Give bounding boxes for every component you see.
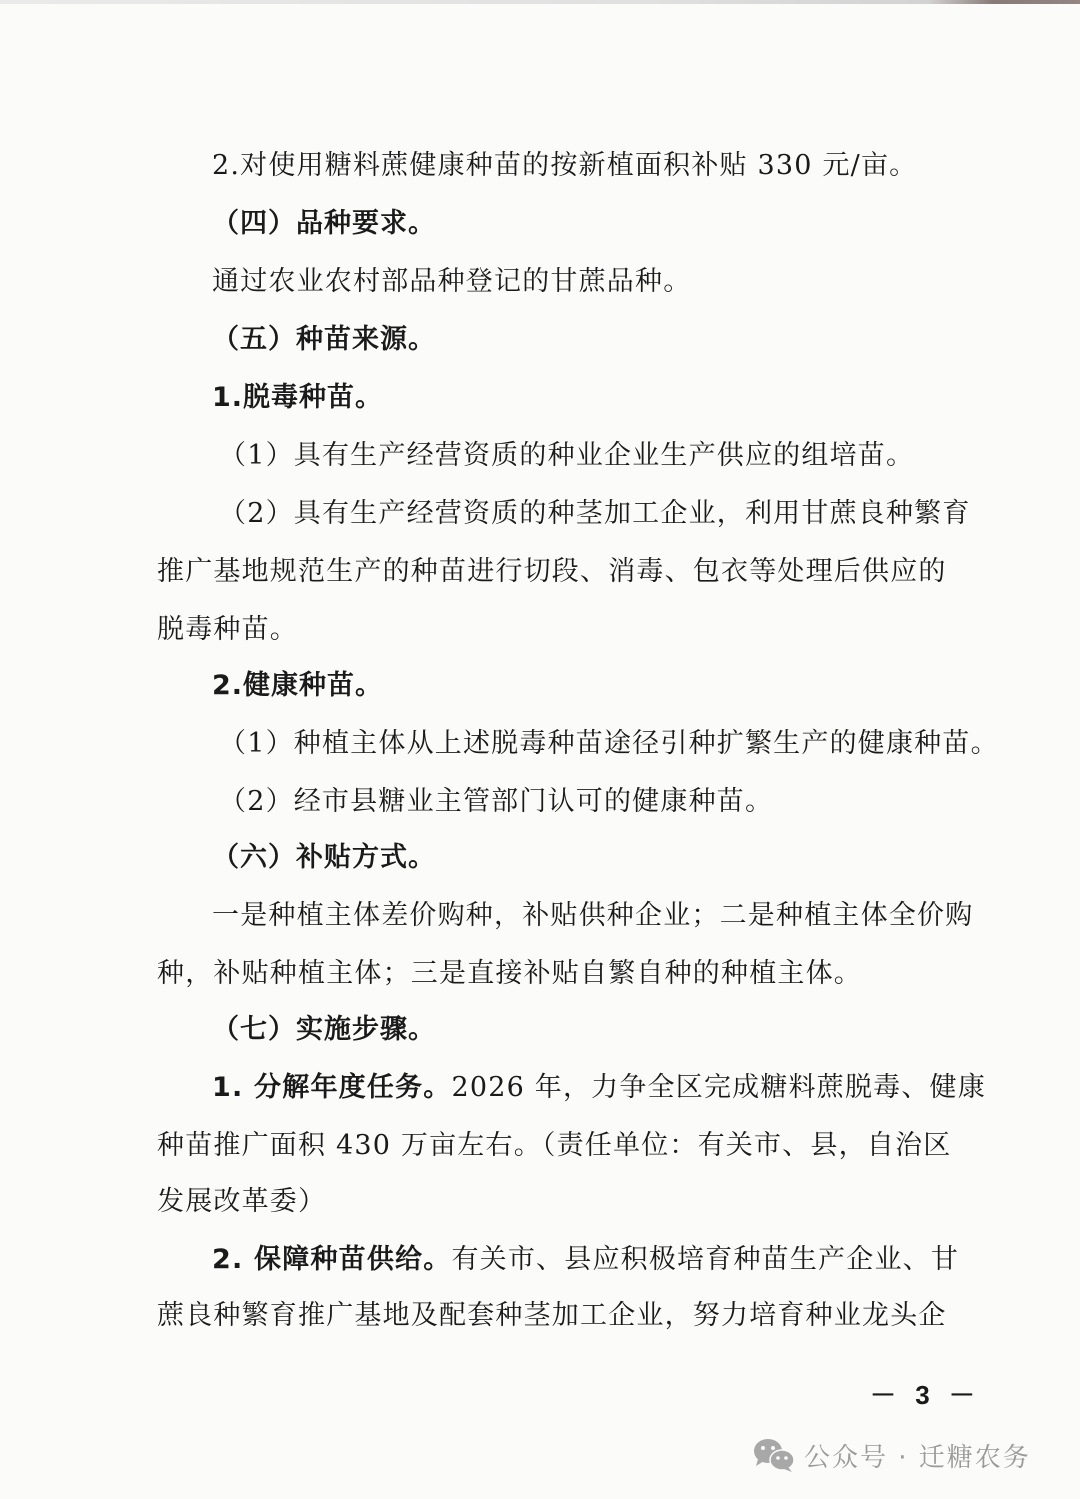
paragraph-subsidy-method-line1: 一是种植主体差价购种，补贴供种企业；二是种植主体全价购 (157, 900, 941, 932)
watermark-text: 公众号 · 迁糖农务 (804, 1437, 1031, 1474)
line-text: 通过农业农村部品种登记的甘蔗品种。 (212, 266, 691, 297)
line-text: （2）经市县糖业主管部门认可的健康种苗。 (219, 786, 773, 817)
line-text: 一是种植主体差价购种，补贴供种企业；二是种植主体全价购 (212, 900, 973, 931)
page-number: － 3 － (870, 1375, 981, 1412)
paragraph-annual-task-line1: 1. 分解年度任务。2026 年，力争全区完成糖料蔗脱毒、健康 (157, 1072, 941, 1104)
paragraph-seedling-supply-line1: 2. 保障种苗供给。有关市、县应积极培育种苗生产企业、甘 (157, 1244, 941, 1276)
line-text: 种苗推广面积 430 万亩左右。（责任单位：有关市、县，自治区 (157, 1130, 951, 1161)
watermark: 公众号 · 迁糖农务 (752, 1435, 1031, 1475)
heading-text: （六）补贴方式。 (212, 842, 436, 873)
paragraph-subsidy-healthy-seedlings: 2.对使用糖料蔗健康种苗的按新植面积补贴 330 元/亩。 (157, 150, 941, 182)
line-text: 蔗良种繁育推广基地及配套种茎加工企业，努力培育种业龙头企 (157, 1300, 947, 1331)
wechat-icon (752, 1437, 796, 1473)
line-text: （1）种植主体从上述脱毒种苗途径引种扩繁生产的健康种苗。 (219, 728, 999, 759)
line-text: 脱毒种苗。 (157, 614, 298, 645)
subheading-virus-free-seedlings: 1.脱毒种苗。 (157, 382, 941, 414)
line-text: 2026 年，力争全区完成糖料蔗脱毒、健康 (451, 1072, 986, 1103)
scan-edge (0, 0, 1080, 4)
subheading-healthy-seedlings: 2.健康种苗。 (157, 670, 941, 702)
paragraph-subsidy-method-line2: 种，补贴种植主体；三是直接补贴自繁自种的种植主体。 (157, 958, 941, 990)
heading-text: （四）品种要求。 (212, 208, 436, 239)
line-text: （1）具有生产经营资质的种业企业生产供应的组培苗。 (219, 440, 914, 471)
paragraph-annual-task-line2: 种苗推广面积 430 万亩左右。（责任单位：有关市、县，自治区 (157, 1130, 941, 1162)
paragraph-variety-registration: 通过农业农村部品种登记的甘蔗品种。 (157, 266, 941, 298)
line-text: 2.对使用糖料蔗健康种苗的按新植面积补贴 330 元/亩。 (212, 150, 917, 181)
paragraph-seedling-supply-line2: 蔗良种繁育推广基地及配套种茎加工企业，努力培育种业龙头企 (157, 1300, 941, 1332)
heading-text: （五）种苗来源。 (212, 324, 436, 355)
line-text: 推广基地规范生产的种苗进行切段、消毒、包衣等处理后供应的 (157, 556, 947, 587)
section-heading-seedling-source: （五）种苗来源。 (157, 324, 941, 356)
line-text: （2）具有生产经营资质的种茎加工企业，利用甘蔗良种繁育 (219, 498, 971, 529)
subheading-text: 1.脱毒种苗。 (212, 382, 383, 413)
list-item-approved-seedlings: （2）经市县糖业主管部门认可的健康种苗。 (157, 786, 941, 818)
subheading-text: 2.健康种苗。 (212, 670, 383, 701)
line-text: 种，补贴种植主体；三是直接补贴自繁自种的种植主体。 (157, 958, 862, 989)
paragraph-annual-task-line3: 发展改革委） (157, 1186, 941, 1218)
line-text: 发展改革委） (157, 1186, 326, 1217)
list-item-tissue-culture: （1）具有生产经营资质的种业企业生产供应的组培苗。 (157, 440, 941, 472)
bold-lead: 1. 分解年度任务。 (212, 1072, 451, 1103)
section-heading-variety-requirements: （四）品种要求。 (157, 208, 941, 240)
heading-text: （七）实施步骤。 (212, 1014, 436, 1045)
bold-lead: 2. 保障种苗供给。 (212, 1244, 451, 1275)
list-item-stem-processing-line3: 脱毒种苗。 (157, 614, 941, 646)
list-item-propagation: （1）种植主体从上述脱毒种苗途径引种扩繁生产的健康种苗。 (157, 728, 941, 760)
line-text: 有关市、县应积极培育种苗生产企业、甘 (451, 1244, 959, 1275)
section-heading-subsidy-method: （六）补贴方式。 (157, 842, 941, 874)
list-item-stem-processing-line2: 推广基地规范生产的种苗进行切段、消毒、包衣等处理后供应的 (157, 556, 941, 588)
section-heading-implementation-steps: （七）实施步骤。 (157, 1014, 941, 1046)
list-item-stem-processing-line1: （2）具有生产经营资质的种茎加工企业，利用甘蔗良种繁育 (157, 498, 941, 530)
